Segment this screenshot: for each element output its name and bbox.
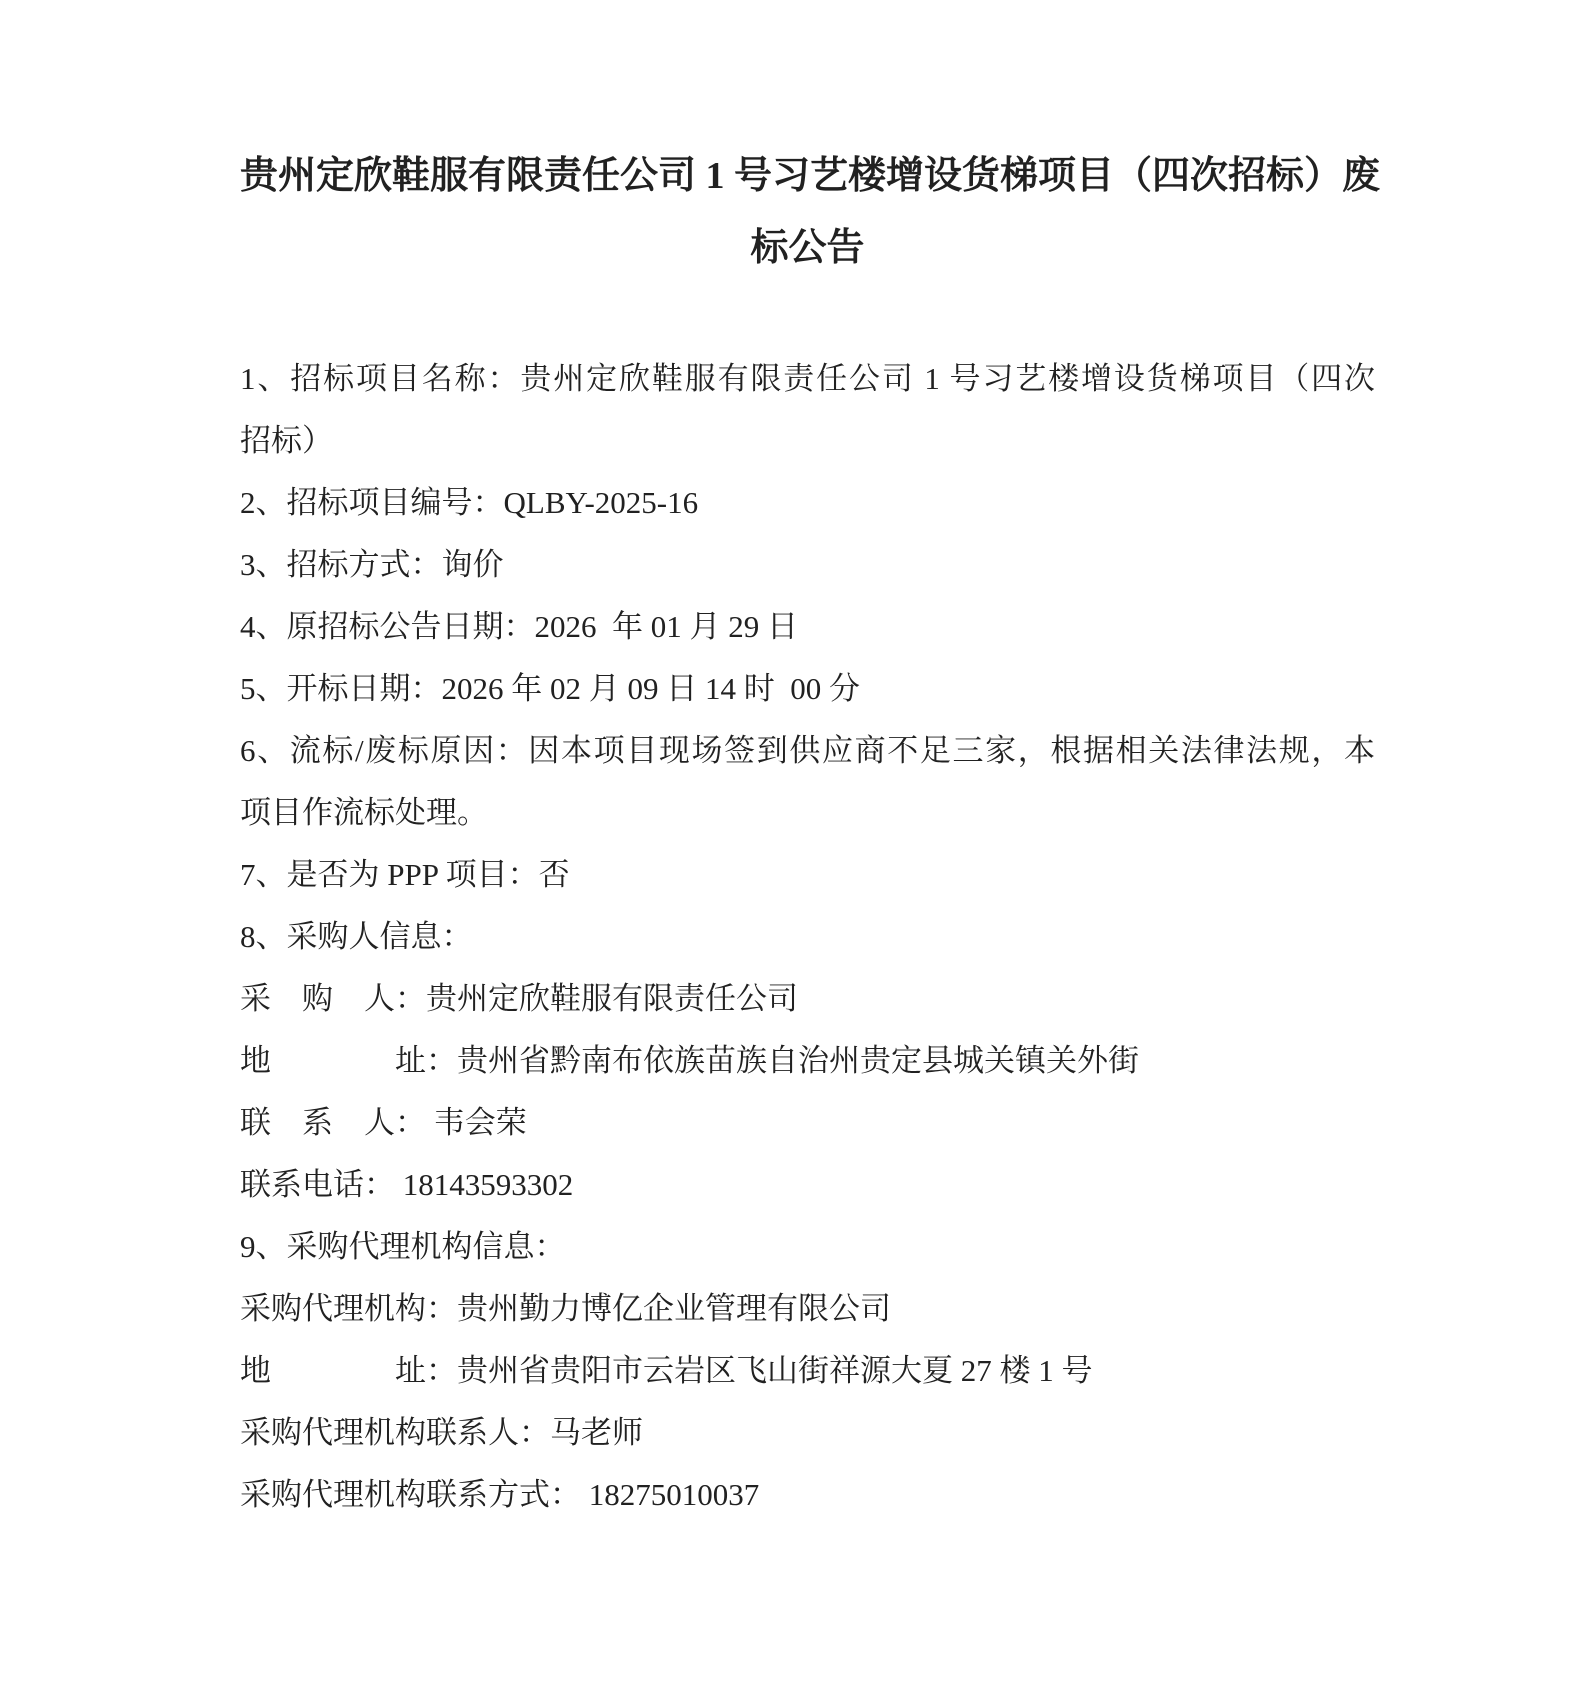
document-content: 贵州定欣鞋服有限责任公司 1 号习艺楼增设货梯项目（四次招标）废 标公告 1、招…	[0, 0, 1587, 1526]
line-purchaser-contact: 联 系 人： 韦会荣	[240, 1092, 1375, 1154]
document-page: 贵州定欣鞋服有限责任公司 1 号习艺楼增设货梯项目（四次招标）废 标公告 1、招…	[0, 0, 1587, 1694]
line-agency-phone: 采购代理机构联系方式： 18275010037	[240, 1464, 1375, 1526]
line-agency-address: 地 址：贵州省贵阳市云岩区飞山街祥源大夏 27 楼 1 号	[240, 1340, 1375, 1402]
document-title: 贵州定欣鞋服有限责任公司 1 号习艺楼增设货梯项目（四次招标）废 标公告	[240, 140, 1375, 284]
line-bid-method: 3、招标方式：询价	[240, 534, 1375, 596]
title-line-1: 贵州定欣鞋服有限责任公司 1 号习艺楼增设货梯项目（四次招标）废	[240, 140, 1375, 212]
line-purchaser-heading: 8、采购人信息：	[240, 906, 1375, 968]
line-project-name-cont: 招标）	[240, 410, 1375, 472]
line-agency-name: 采购代理机构：贵州勤力博亿企业管理有限公司	[240, 1278, 1375, 1340]
line-ppp-status: 7、是否为 PPP 项目：否	[240, 844, 1375, 906]
title-line-2: 标公告	[240, 212, 1375, 284]
line-project-number: 2、招标项目编号：QLBY-2025-16	[240, 472, 1375, 534]
line-purchaser-name: 采 购 人：贵州定欣鞋服有限责任公司	[240, 968, 1375, 1030]
line-bid-opening-date: 5、开标日期：2026 年 02 月 09 日 14 时 00 分	[240, 658, 1375, 720]
line-agency-heading: 9、采购代理机构信息：	[240, 1216, 1375, 1278]
document-body: 1、招标项目名称：贵州定欣鞋服有限责任公司 1 号习艺楼增设货梯项目（四次 招标…	[240, 348, 1375, 1526]
line-purchaser-phone: 联系电话： 18143593302	[240, 1154, 1375, 1216]
line-project-name: 1、招标项目名称：贵州定欣鞋服有限责任公司 1 号习艺楼增设货梯项目（四次	[240, 348, 1375, 410]
line-original-notice-date: 4、原招标公告日期：2026 年 01 月 29 日	[240, 596, 1375, 658]
line-purchaser-address: 地 址：贵州省黔南布依族苗族自治州贵定县城关镇关外街	[240, 1030, 1375, 1092]
line-agency-contact: 采购代理机构联系人：马老师	[240, 1402, 1375, 1464]
line-failure-reason-cont: 项目作流标处理。	[240, 782, 1375, 844]
line-failure-reason: 6、流标/废标原因：因本项目现场签到供应商不足三家，根据相关法律法规，本	[240, 720, 1375, 782]
